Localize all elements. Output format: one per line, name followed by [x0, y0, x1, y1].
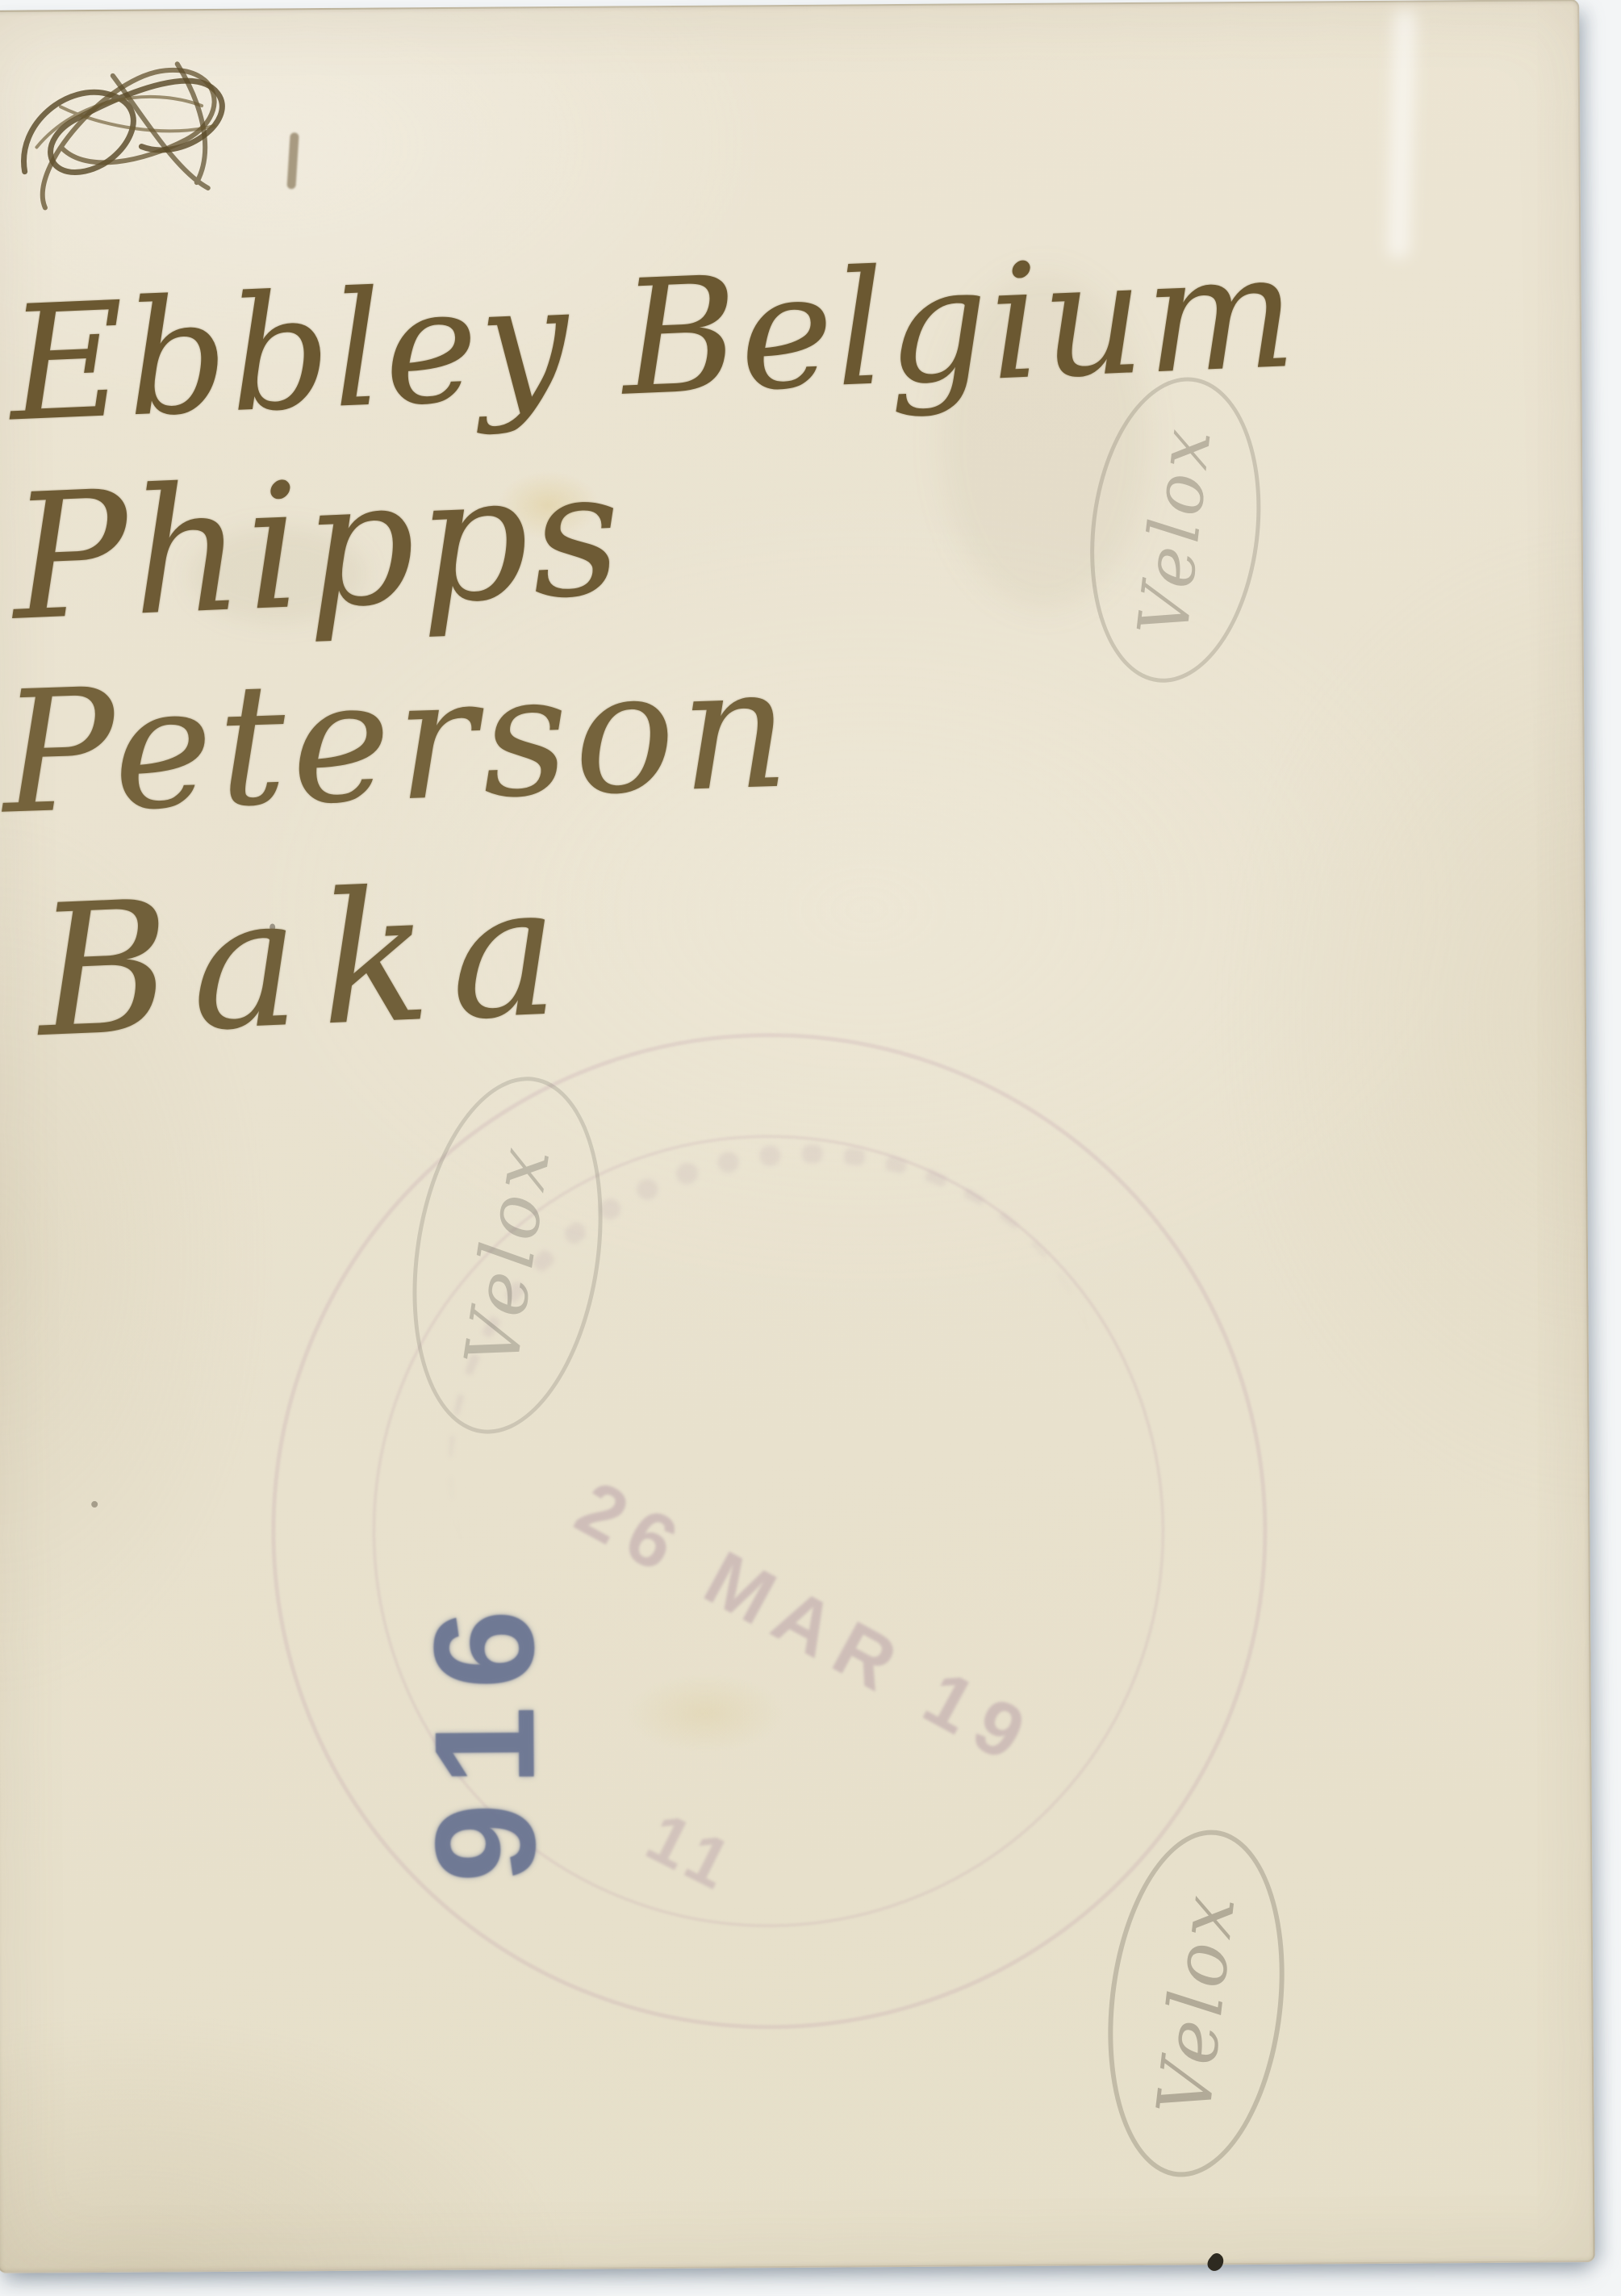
velox-stamp-label: Velox	[1123, 420, 1228, 640]
handwriting-line-2: Phipps	[8, 433, 628, 659]
paper-speck	[1205, 2251, 1227, 2273]
handwriting-line-4: Baka	[33, 844, 583, 1077]
pen-scribble	[12, 48, 272, 244]
accession-number-stamp: 916	[412, 1561, 559, 1913]
velox-stamp-label: Velox	[1140, 1887, 1251, 2121]
ink-streak	[286, 132, 299, 190]
paper-speck	[91, 1501, 98, 1508]
handwriting-line-3: Peterson	[0, 630, 797, 851]
velox-stamp-label: Velox	[448, 1137, 567, 1373]
photo-card-back: 26 MAR 19 11 Velox Velox Velox 916 Ebble…	[0, 0, 1595, 2273]
scan-glare-streak	[1387, 8, 1417, 259]
